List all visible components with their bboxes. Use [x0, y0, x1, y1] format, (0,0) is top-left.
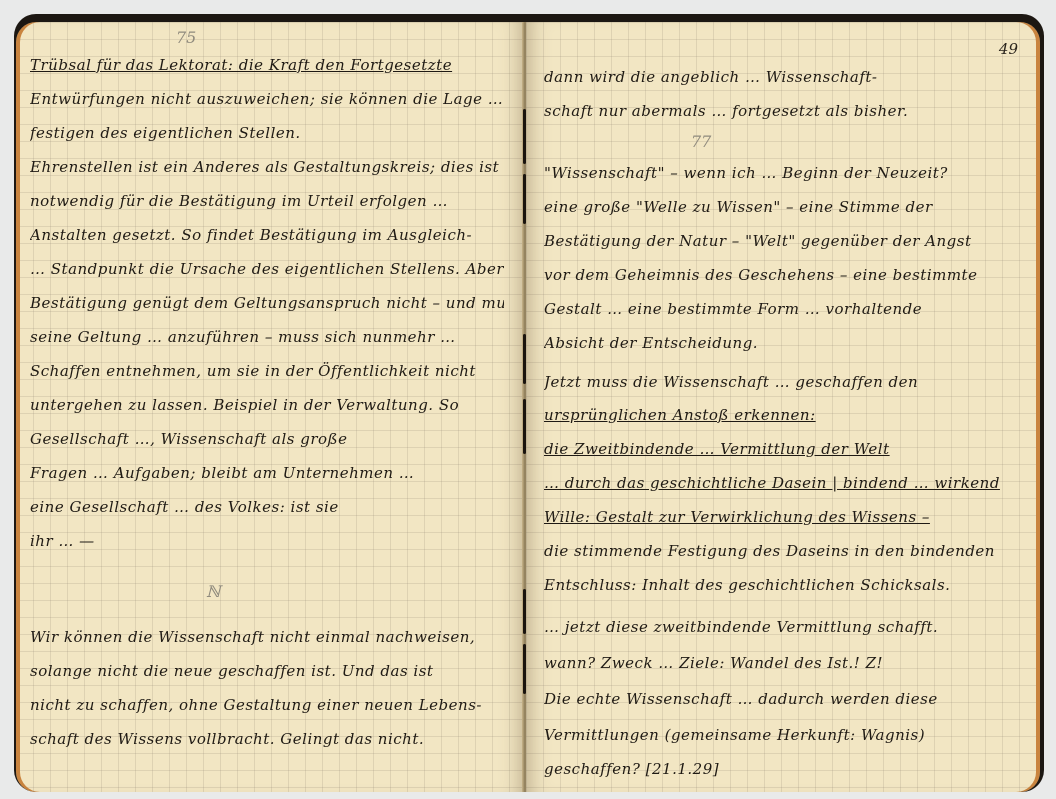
notebook: 75 Trübsal für das Lektorat: die Kraft d… — [14, 14, 1044, 792]
handwritten-line: eine Gesellschaft … des Volkes: ist sie — [30, 492, 504, 522]
handwritten-line: wann? Zweck … Ziele: Wandel des Ist.! Z! — [544, 648, 1020, 678]
handwritten-line: schaft nur abermals … fortgesetzt als bi… — [544, 96, 1020, 126]
handwritten-line: geschaffen? [21.1.29] — [544, 754, 1020, 784]
handwritten-line: Bestätigung der Natur – "Welt" gegenüber… — [544, 226, 1020, 256]
handwritten-line: Vermittlungen (gemeinsame Herkunft: Wagn… — [544, 720, 1020, 750]
handwritten-line: Trübsal für das Lektorat: die Kraft den … — [30, 50, 504, 80]
pencil-annotation: 75 — [176, 28, 196, 47]
handwritten-line: Ehrenstellen ist ein Anderes als Gestalt… — [30, 152, 504, 182]
handwritten-line: eine große "Welle zu Wissen" – eine Stim… — [544, 192, 1020, 222]
handwritten-line: Bestätigung genügt dem Geltungsanspruch … — [30, 288, 504, 318]
handwritten-line: Die echte Wissenschaft … dadurch werden … — [544, 684, 1020, 714]
handwritten-line: solange nicht die neue geschaffen ist. U… — [30, 656, 504, 686]
handwritten-line: Gesellschaft …, Wissenschaft als große — [30, 424, 504, 454]
handwritten-line: … jetzt diese zweitbindende Vermittlung … — [544, 612, 1020, 642]
page-number: 49 — [999, 40, 1018, 58]
handwritten-line: … Standpunkt die Ursache des eigentliche… — [30, 254, 504, 284]
handwritten-line: vor dem Geheimnis des Geschehens – eine … — [544, 260, 1020, 290]
handwritten-line: Wir können die Wissenschaft nicht einmal… — [30, 622, 504, 652]
handwritten-line: Entwürfungen nicht auszuweichen; sie kön… — [30, 84, 504, 114]
handwritten-line: ihr … — — [30, 526, 504, 556]
pencil-annotation: ℕ — [206, 582, 221, 601]
handwritten-line: Anstalten gesetzt. So findet Bestätigung… — [30, 220, 504, 250]
handwritten-line: untergehen zu lassen. Beispiel in der Ve… — [30, 390, 504, 420]
handwritten-line: ursprünglichen Anstoß erkennen: — [544, 400, 1020, 430]
handwritten-line: … durch das geschichtliche Dasein | bind… — [544, 468, 1020, 498]
handwritten-line: Fragen … Aufgaben; bleibt am Unternehmen… — [30, 458, 504, 488]
handwritten-line: Jetzt muss die Wissenschaft … geschaffen… — [544, 367, 1020, 397]
left-page: 75 Trübsal für das Lektorat: die Kraft d… — [16, 22, 524, 792]
handwritten-line: schaft des Wissens vollbracht. Gelingt d… — [30, 724, 504, 754]
right-page: 49 77 dann wird die angeblich … Wissensc… — [526, 22, 1040, 792]
handwritten-line: Entschluss: Inhalt des geschichtlichen S… — [544, 570, 1020, 600]
handwritten-line: die stimmende Festigung des Daseins in d… — [544, 536, 1020, 566]
handwritten-line: festigen des eigentlichen Stellen. — [30, 118, 504, 148]
handwritten-line: die Zweitbindende … Vermittlung der Welt — [544, 434, 1020, 464]
handwritten-line: dann wird die angeblich … Wissenschaft- — [544, 62, 1020, 92]
handwritten-line: Wille: Gestalt zur Verwirklichung des Wi… — [544, 502, 1020, 532]
handwritten-line: notwendig für die Bestätigung im Urteil … — [30, 186, 504, 216]
pencil-annotation: 77 — [691, 132, 711, 151]
handwritten-line: seine Geltung … anzuführen – muss sich n… — [30, 322, 504, 352]
handwritten-line: Schaffen entnehmen, um sie in der Öffent… — [30, 356, 504, 386]
handwritten-line: nicht zu schaffen, ohne Gestaltung einer… — [30, 690, 504, 720]
handwritten-line: Absicht der Entscheidung. — [544, 328, 1020, 358]
handwritten-line: Gestalt … eine bestimmte Form … vorhalte… — [544, 294, 1020, 324]
handwritten-line: "Wissenschaft" – wenn ich … Beginn der N… — [544, 158, 1020, 188]
